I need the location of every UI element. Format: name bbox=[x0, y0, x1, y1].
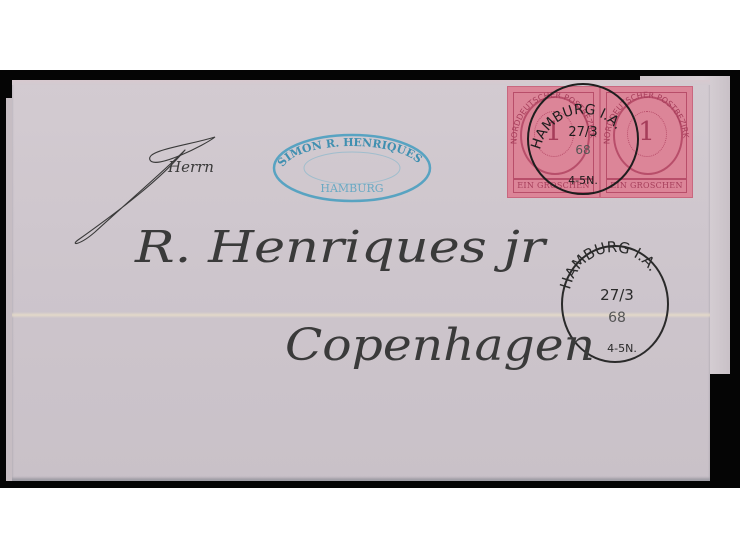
svg-text:4-5N.: 4-5N. bbox=[607, 342, 637, 355]
svg-text:68: 68 bbox=[575, 143, 590, 157]
svg-text:4-5N.: 4-5N. bbox=[568, 174, 598, 187]
svg-text:27/3: 27/3 bbox=[600, 286, 634, 304]
sender-oval-handstamp: SIMON R. HENRIQUES HAMBURG bbox=[274, 135, 430, 201]
salutation: Herrn bbox=[167, 158, 214, 176]
svg-text:HAMBURG I.A.: HAMBURG I.A. bbox=[556, 238, 662, 291]
cover-markings: NORDDEUTSCHER POSTBEZIRK NORDDEUTSCHER P… bbox=[0, 0, 740, 557]
svg-text:SIMON R. HENRIQUES: SIMON R. HENRIQUES bbox=[275, 136, 425, 169]
recipient-city: Copenhagen bbox=[285, 320, 595, 371]
cancellation-on-stamps: HAMBURG I.A. 27/3 68 4-5N. bbox=[528, 84, 638, 194]
svg-text:HAMBURG: HAMBURG bbox=[320, 182, 383, 195]
svg-text:27/3: 27/3 bbox=[568, 125, 597, 140]
svg-text:68: 68 bbox=[608, 310, 626, 326]
recipient-name: R. Henriques jr bbox=[134, 222, 549, 273]
